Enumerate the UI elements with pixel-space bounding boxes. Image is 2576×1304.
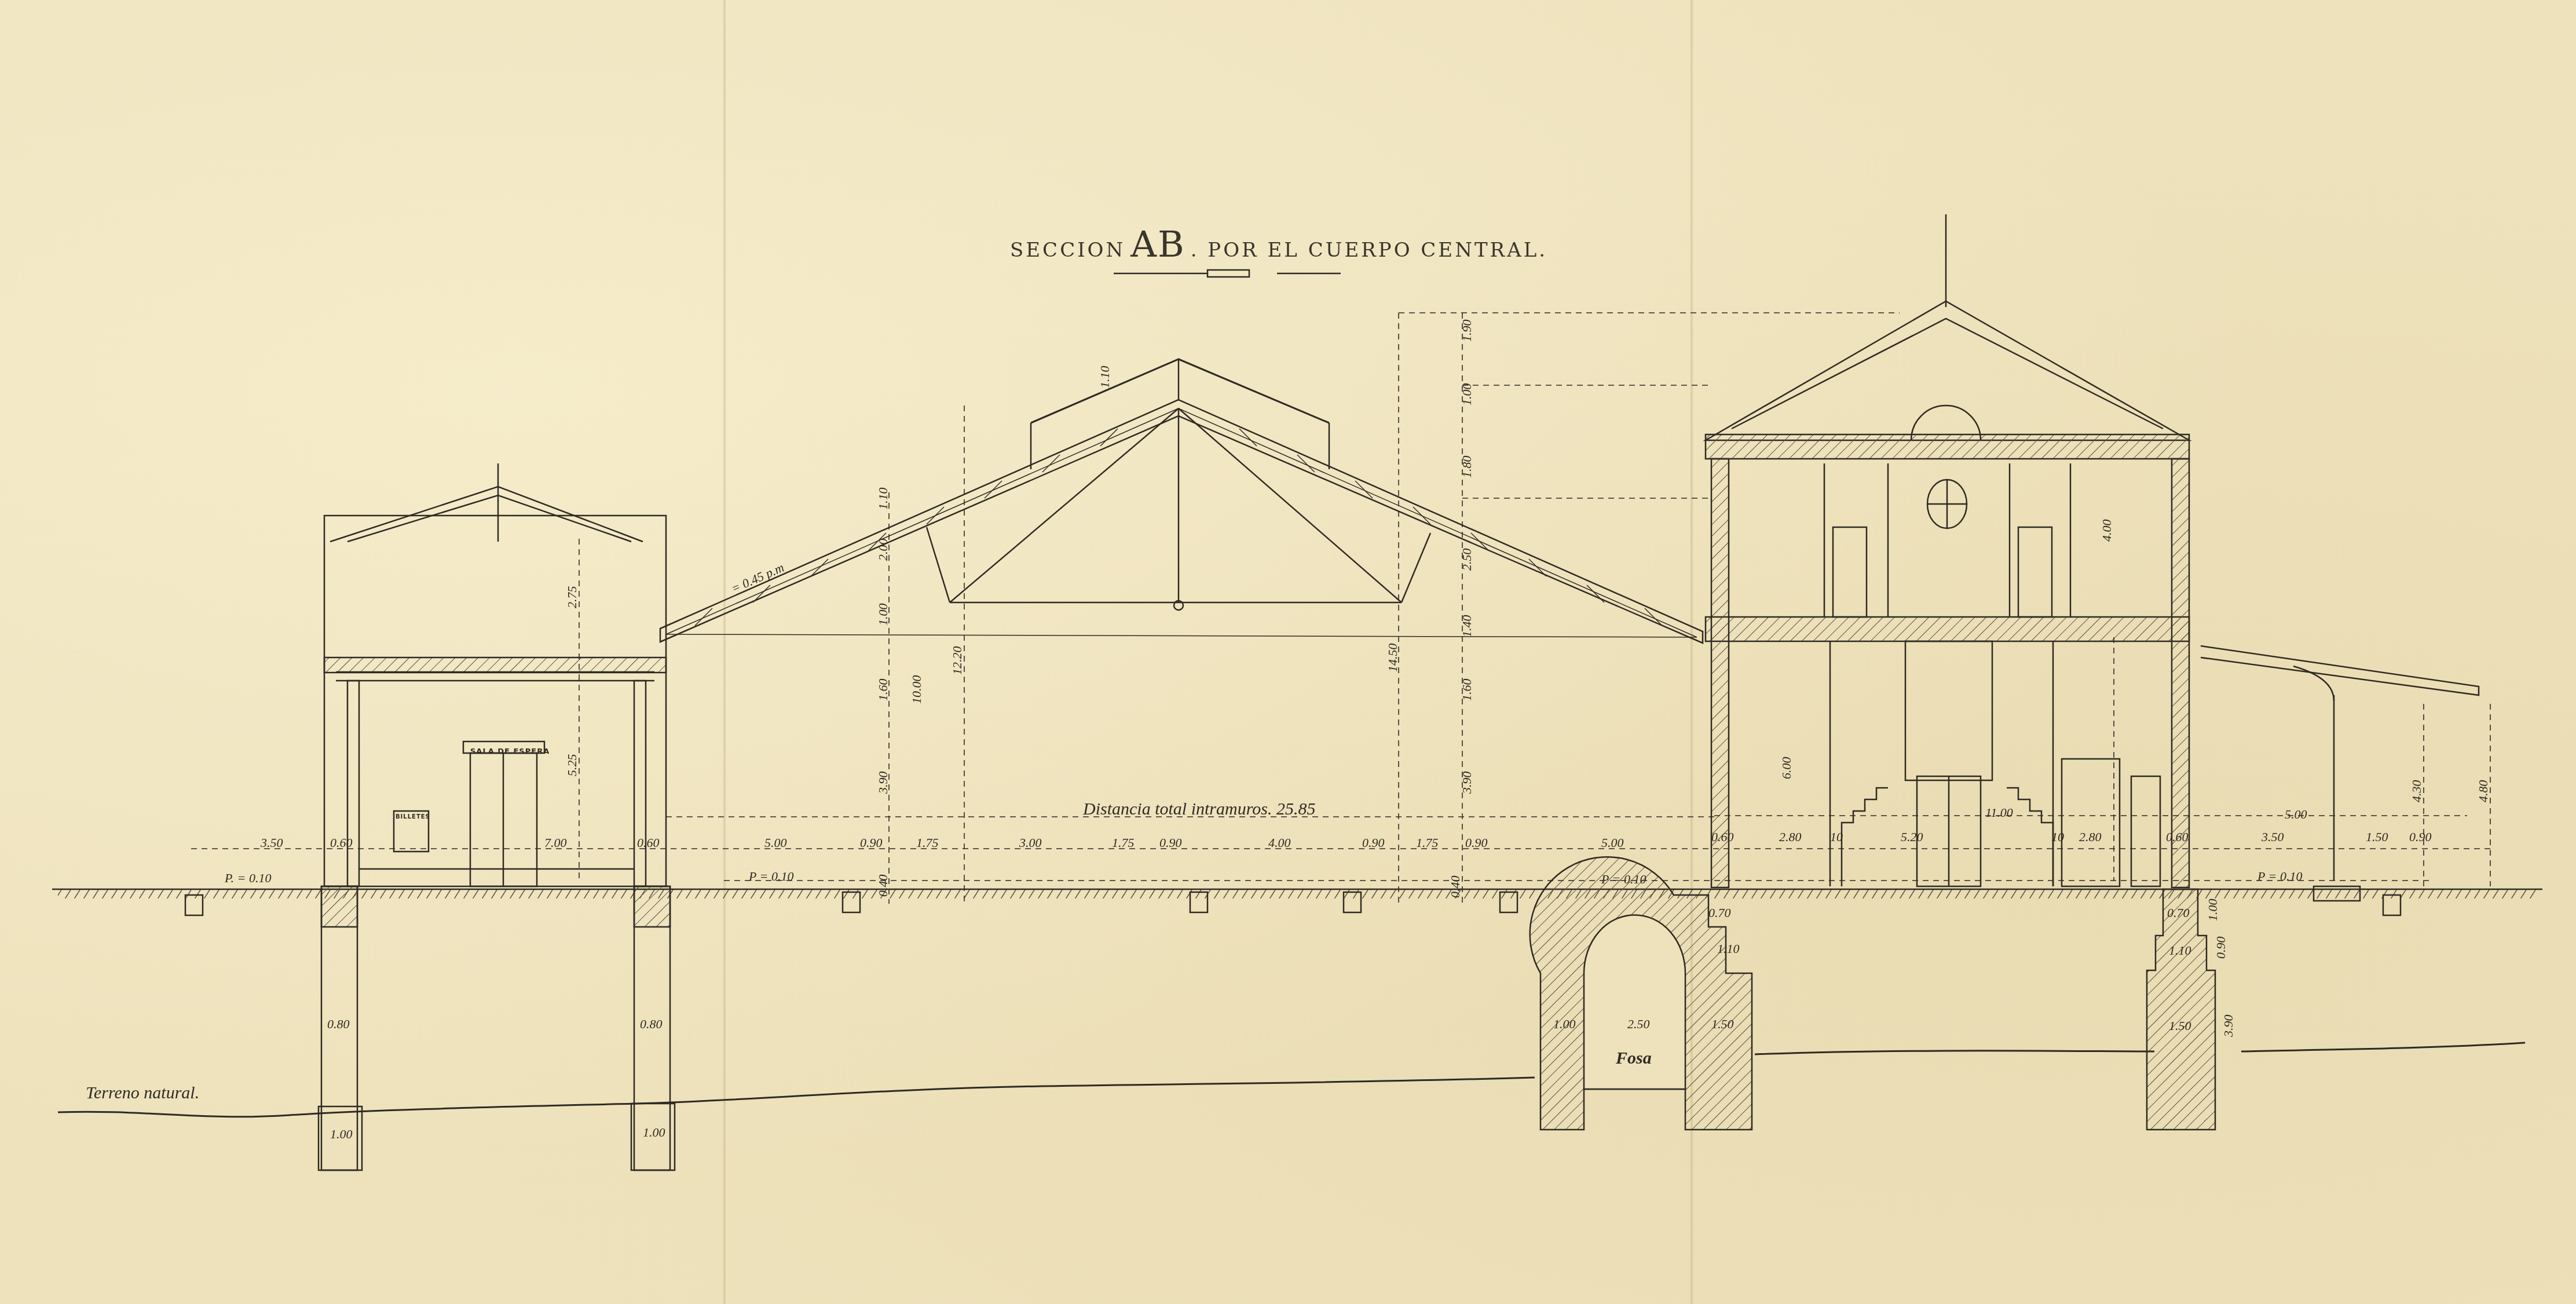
vertical-dim-label: 12.20 — [950, 646, 965, 675]
dim-label: 4.00 — [1268, 835, 1291, 850]
dim-label: 5.00 — [1601, 835, 1624, 850]
dim-label: 0.60 — [1711, 830, 1734, 845]
vertical-dim-label: 1.60 — [1459, 679, 1474, 702]
dim-label: 0.90 — [1362, 835, 1385, 850]
dim-label: 10 — [1830, 830, 1843, 845]
vertical-dim-label: 1.40 — [1459, 615, 1474, 638]
dim-label: 0.70 — [1708, 905, 1731, 921]
vertical-dim-label: 1.00 — [876, 604, 891, 626]
dim-label: 1.00 — [1553, 1017, 1576, 1032]
vertical-dim-label: 1.10 — [876, 488, 891, 510]
section-drawing — [0, 0, 2576, 1304]
vertical-dim-label: 4.30 — [2409, 780, 2424, 803]
title-section-id: AB — [1130, 223, 1185, 265]
dim-label: 3.50 — [261, 835, 283, 850]
vertical-dim-label: 1.00 — [1459, 383, 1474, 406]
dim-label: 7.00 — [544, 835, 567, 850]
vertical-dim-label: 10.00 — [909, 675, 924, 704]
vertical-dim-label: 0.90 — [2213, 937, 2229, 959]
dim-label: 0.90 — [1465, 835, 1488, 850]
vertical-dim-label: 2.75 — [565, 586, 580, 609]
floor-level-center-left: P = 0.10 — [749, 869, 793, 884]
dim-label: 1.00 — [643, 1125, 665, 1140]
dim-label: 0.80 — [327, 1017, 350, 1032]
dim-label: 5.20 — [1901, 830, 1923, 845]
dim-label: 1.50 — [1711, 1017, 1734, 1032]
dim-label: 1.10 — [2169, 943, 2191, 958]
dim-label: 3.00 — [1019, 835, 1042, 850]
vertical-dim-label: 3.90 — [1459, 772, 1474, 794]
vertical-dim-label: 4.80 — [2476, 780, 2491, 803]
vertical-dim-label: 2.50 — [1459, 549, 1474, 571]
dimension-lines — [191, 313, 2490, 904]
dim-label: 11.00 — [1985, 805, 2013, 820]
pit-label: Fosa — [1616, 1049, 1652, 1068]
vertical-dim-label: 0.40 — [876, 875, 891, 897]
dim-label: 5.00 — [2285, 807, 2307, 822]
dim-label: 0.60 — [637, 835, 660, 850]
left-wing-building — [319, 463, 675, 1170]
vertical-dim-label: 0.40 — [1448, 876, 1463, 898]
ticket-office-sign: BILLETES — [396, 814, 430, 820]
vertical-dim-label: 5.25 — [565, 754, 580, 777]
vertical-dim-label: 3.90 — [876, 772, 891, 794]
right-foundation — [2147, 889, 2215, 1130]
dim-label: 5.00 — [764, 835, 787, 850]
title-suffix: . POR EL CUERPO CENTRAL. — [1191, 239, 1547, 262]
dim-label: 3.50 — [2262, 830, 2284, 845]
vertical-dim-label: 1.90 — [1459, 320, 1474, 342]
vertical-dim-label: 1.00 — [2205, 899, 2220, 922]
drawing-title: SECCION AB . POR EL CUERPO CENTRAL. — [1010, 223, 1547, 265]
title-ornament — [1114, 270, 1341, 277]
dim-label: 0.60 — [330, 835, 353, 850]
terrain-label: Terreno natural. — [86, 1083, 199, 1103]
dim-label: 2.80 — [1779, 830, 1802, 845]
dim-label: 0.60 — [2166, 830, 2189, 845]
dim-label: 1.75 — [1112, 835, 1135, 850]
vertical-dim-label: 6.00 — [1779, 757, 1794, 780]
dim-label: 2.80 — [2079, 830, 2102, 845]
dim-label: 0.90 — [2409, 830, 2432, 845]
floor-level-left: P. = 0.10 — [225, 871, 271, 886]
dim-label: 1.10 — [1717, 941, 1740, 956]
vertical-dim-label: 1.80 — [1459, 456, 1474, 479]
vertical-dim-label: 2.00 — [876, 539, 891, 561]
dim-label: 0.80 — [640, 1017, 663, 1032]
dim-label: 1.50 — [2169, 1018, 2191, 1033]
drawing-sheet: SECCION AB . POR EL CUERPO CENTRAL. Dist… — [0, 0, 2576, 1304]
vertical-dim-label: 1.60 — [876, 679, 891, 702]
dim-label: 0.90 — [1159, 835, 1182, 850]
dim-label: 1.00 — [330, 1127, 353, 1142]
vertical-dim-label: 3.90 — [2221, 1015, 2236, 1038]
dim-label: 0.70 — [2167, 905, 2190, 921]
dim-label: 1.75 — [1416, 835, 1439, 850]
dim-label: 2.50 — [1627, 1017, 1650, 1032]
central-body-building — [1706, 214, 2479, 901]
floor-level-center-right: P = 0.10 — [1601, 872, 1646, 887]
dim-label: 0.90 — [860, 835, 883, 850]
dim-label: 1.75 — [916, 835, 939, 850]
total-distance-label: Distancia total intramuros. 25.85 — [1083, 799, 1315, 819]
vertical-dim-label: 14.50 — [1385, 644, 1400, 673]
dim-label: 10 — [2051, 830, 2064, 845]
vertical-dim-label: 1.10 — [1097, 366, 1113, 389]
waiting-room-sign: SALA DE ESPERA — [470, 747, 550, 756]
floor-level-right: P = 0.10 — [2257, 869, 2302, 884]
vertical-dim-label: 4.00 — [2099, 520, 2114, 542]
dim-label: 1.50 — [2366, 830, 2388, 845]
title-prefix: SECCION — [1010, 239, 1125, 262]
